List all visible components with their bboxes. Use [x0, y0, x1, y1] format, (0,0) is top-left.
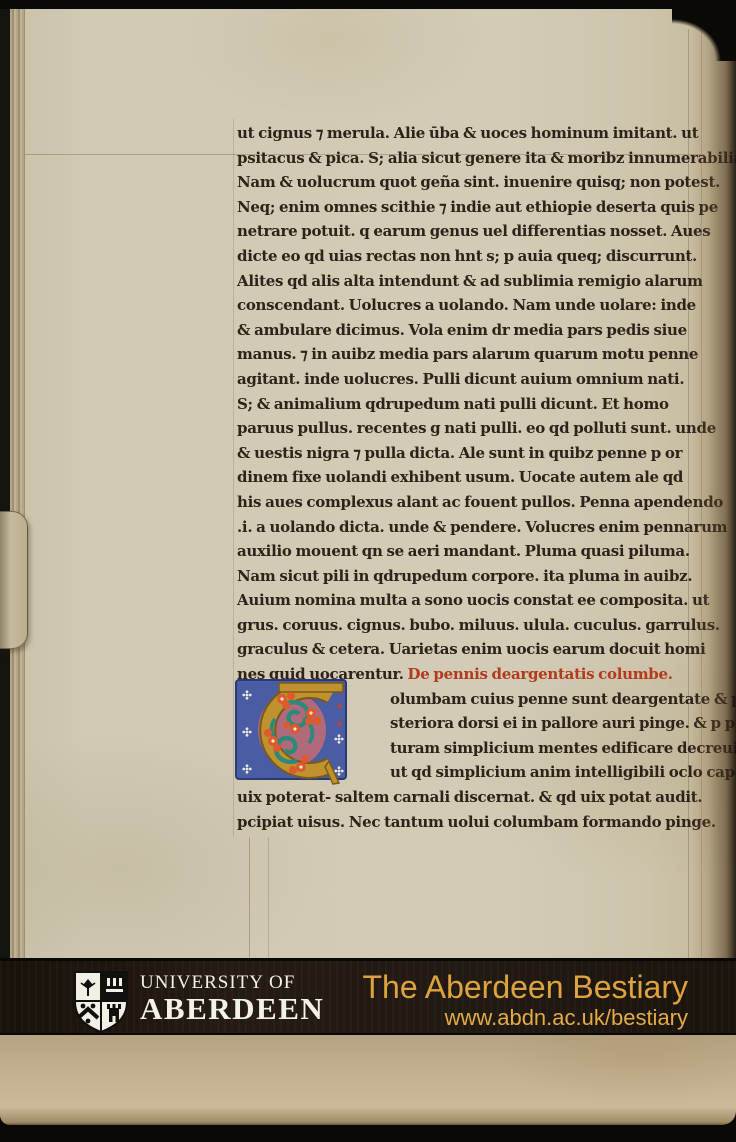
- manuscript-text-line: auxilio mouent qn se aeri mandant. Pluma…: [237, 539, 709, 564]
- manuscript-text-line: Nam & uolucrum quot geña sint. inuenire …: [237, 170, 709, 195]
- manuscript-text-line: steriora dorsi ei in pallore auri pinge.…: [390, 711, 709, 736]
- book-binding-edge: [0, 9, 10, 958]
- photo-top-border: [0, 0, 736, 9]
- manuscript-text-line: .i. a uolando dicta. unde & pendere. Vol…: [237, 515, 709, 540]
- tower-emblem: [107, 1004, 121, 1022]
- site-url: www.abdn.ac.uk/bestiary: [362, 1005, 688, 1031]
- ruling-line-bottom-left-2: [268, 837, 269, 961]
- manuscript-text-line: dicte eo qd uias rectas non hnt s; p aui…: [237, 244, 709, 269]
- second-quarter: [102, 973, 126, 1000]
- manuscript-text-line: olumbam cuius penne sunt deargentate & p…: [390, 687, 709, 712]
- university-name-line1: UNIVERSITY OF: [140, 973, 324, 993]
- manuscript-text-line: & ambulare dicimus. Vola enim dr media p…: [237, 318, 709, 343]
- manuscript-page: ut cignus ⁊ merula. Alie ūba & uoces hom…: [0, 9, 736, 958]
- manuscript-scan-view: ut cignus ⁊ merula. Alie ūba & uoces hom…: [0, 0, 736, 1142]
- site-branding: The Aberdeen Bestiary www.abdn.ac.uk/bes…: [362, 969, 688, 1031]
- site-title: The Aberdeen Bestiary: [362, 969, 688, 1005]
- manuscript-text-line: grus. coruus. cignus. bubo. miluus. ulul…: [237, 613, 709, 638]
- manuscript-text-line: dinem fixe uolandi exhibent usum. Uocate…: [237, 465, 709, 490]
- page-edges: [10, 9, 25, 958]
- manuscript-text-line: netrare potuit. q earum genus uel differ…: [237, 219, 709, 244]
- manuscript-text-line: pcipiat uisus. Nec tantum uolui columbam…: [237, 810, 709, 835]
- manuscript-text-line: graculus & cetera. Uarietas enim uocis e…: [237, 637, 709, 662]
- top-right-corner-shadow: [672, 9, 736, 61]
- ruling-line-bottom-left-1: [249, 837, 250, 961]
- page-right-shadow: [690, 9, 736, 958]
- manuscript-text-line: his aues complexus alant ac fouent pullo…: [237, 490, 709, 515]
- manuscript-text-line: conscendant. Uolucres a uolando. Nam und…: [237, 293, 709, 318]
- manuscript-text: ut cignus ⁊ merula. Alie ūba & uoces hom…: [237, 121, 709, 834]
- university-crest: [72, 970, 130, 1039]
- university-wordmark: UNIVERSITY OF ABERDEEN: [140, 973, 324, 1025]
- manuscript-text-line: Auium nomina multa a sono uocis constat …: [237, 588, 709, 613]
- university-name-line2: ABERDEEN: [140, 993, 324, 1025]
- manuscript-text-line: ut qd simplicium anim intelligibili oclo…: [390, 760, 709, 785]
- footer-banner: UNIVERSITY OF ABERDEEN The Aberdeen Best…: [0, 958, 736, 1035]
- manuscript-text-line: & uestis nigra ⁊ pulla dicta. Ale sunt i…: [237, 441, 709, 466]
- ruling-line-left-margin: [233, 119, 234, 837]
- fore-edge-tab: [0, 511, 28, 649]
- manuscript-text-line: Neq; enim omnes scithie ⁊ indie aut ethi…: [237, 195, 709, 220]
- manuscript-text-line: Nam sicut pili in qdrupedum corpore. ita…: [237, 564, 709, 589]
- manuscript-text-line: psitacus & pica. S; alia sicut genere it…: [237, 146, 709, 171]
- illuminated-initial-C: [235, 679, 349, 791]
- manuscript-text-line: Alites qd alis alta intendunt & ad subli…: [237, 269, 709, 294]
- manuscript-text-line: paruus pullus. recentes g nati pulli. eo…: [237, 416, 709, 441]
- rubric-heading: De pennis deargentatis columbe.: [408, 665, 673, 683]
- manuscript-text-line: manus. ⁊ in auibz media pars alarum quar…: [237, 342, 709, 367]
- page-bottom-margin: [0, 1035, 736, 1125]
- manuscript-text-line: S; & animalium qdrupedum nati pulli dicu…: [237, 392, 709, 417]
- manuscript-text-line: ut cignus ⁊ merula. Alie ūba & uoces hom…: [237, 121, 709, 146]
- manuscript-text-line: turam simplicium mentes edificare decreu…: [390, 736, 709, 761]
- photo-bottom-border: [0, 1125, 736, 1142]
- manuscript-text-line: agitant. inde uolucres. Pulli dicunt aui…: [237, 367, 709, 392]
